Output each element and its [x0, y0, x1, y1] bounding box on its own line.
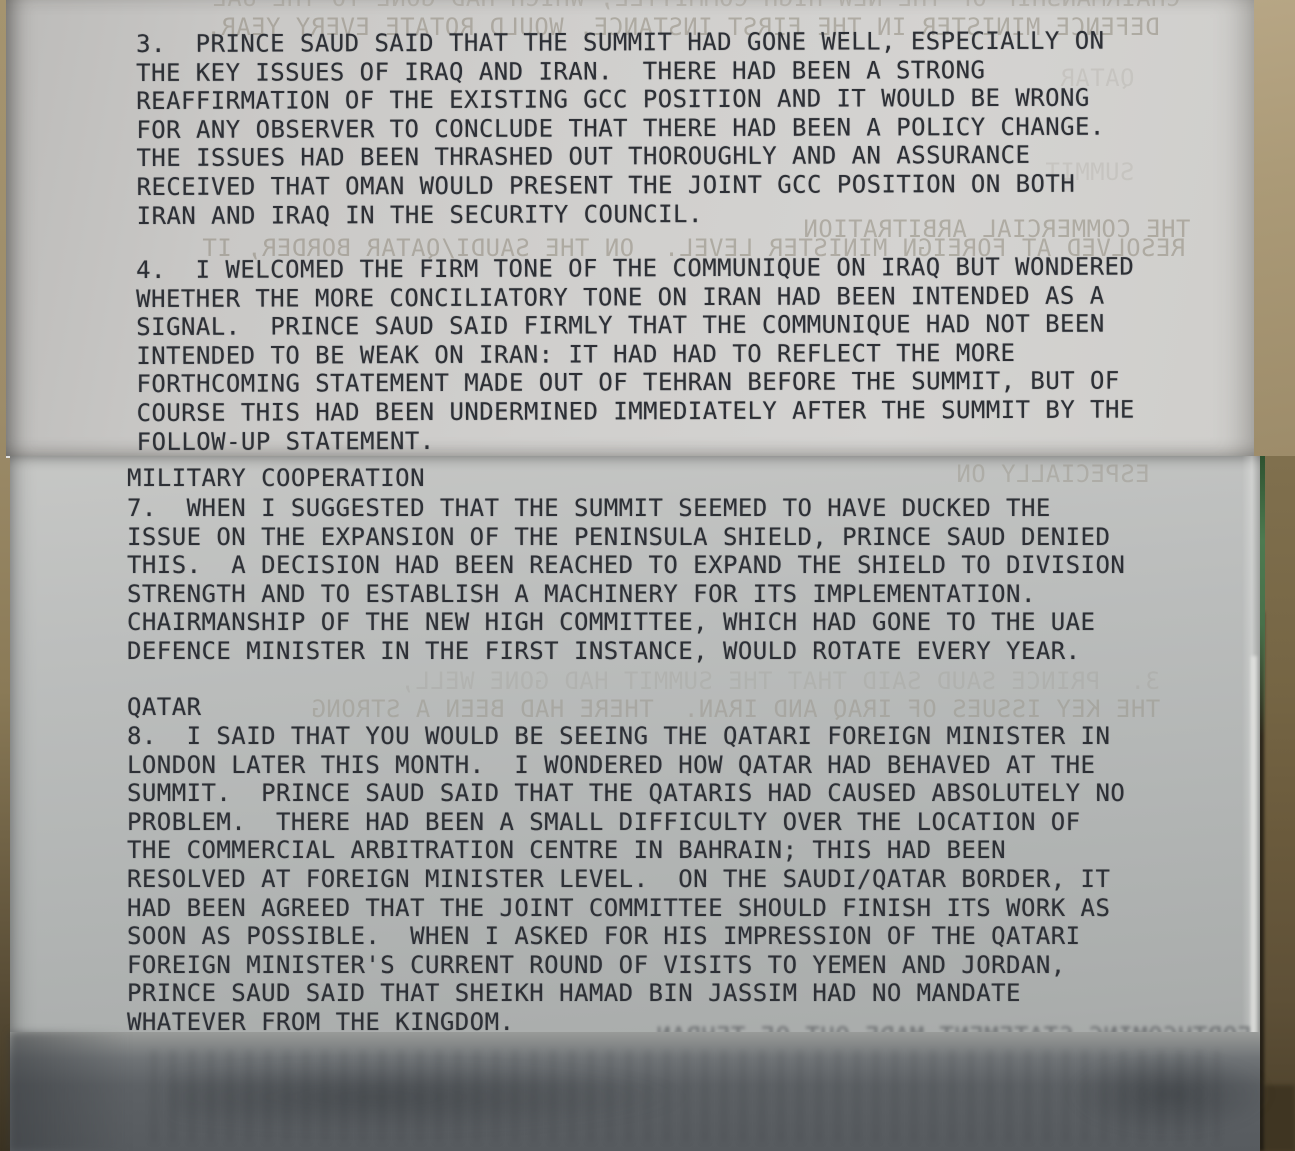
text-line: CHAIRMANSHIP OF THE NEW HIGH COMMITTEE, …: [127, 608, 1125, 637]
text-line: SOON AS POSSIBLE. WHEN I ASKED FOR HIS I…: [127, 922, 1125, 951]
text-line: 4. I WELCOMED THE FIRM TONE OF THE COMMU…: [136, 253, 1134, 285]
scan-strip-top: CHAIRMANSHIP OF THE NEW HIGH COMMITTEE, …: [6, 0, 1254, 458]
section-heading: MILITARY COOPERATION: [127, 464, 425, 493]
text-line: 8. I SAID THAT YOU WOULD BE SEEING THE Q…: [127, 722, 1125, 751]
text-line: SUMMIT. PRINCE SAUD SAID THAT THE QATARI…: [127, 779, 1125, 808]
text-line: DEFENCE MINISTER IN THE FIRST INSTANCE, …: [127, 637, 1125, 666]
text-line: PRINCE SAUD SAID THAT SHEIKH HAMAD BIN J…: [127, 979, 1125, 1008]
scan-strip-bottom: ESPECIALLY ON 3. PRINCE SAUD SAID THAT T…: [10, 456, 1260, 1151]
section-heading-qatar: QATAR: [127, 693, 202, 722]
text-line: FOLLOW-UP STATEMENT.: [137, 424, 1135, 456]
text-line: SIGNAL. PRINCE SAUD SAID FIRMLY THAT THE…: [136, 310, 1134, 342]
bleed-through-text: 3. PRINCE SAUD SAID THAT THE SUMMIT HAD …: [400, 667, 1160, 696]
text-line: IRAN AND IRAQ IN THE SECURITY COUNCIL.: [137, 198, 1106, 230]
text-line: RECEIVED THAT OMAN WOULD PRESENT THE JOI…: [136, 170, 1105, 202]
text-line: 7. WHEN I SUGGESTED THAT THE SUMMIT SEEM…: [127, 494, 1125, 523]
book-cover-right-edge-top: [1248, 0, 1295, 458]
text-line: REAFFIRMATION OF THE EXISTING GCC POSITI…: [136, 84, 1105, 116]
bleed-through-text: ESPECIALLY ON: [956, 460, 1150, 489]
text-line: FOR ANY OBSERVER TO CONCLUDE THAT THERE …: [136, 112, 1105, 144]
text-line: ISSUE ON THE EXPANSION OF THE PENINSULA …: [127, 523, 1125, 552]
text-line: COURSE THIS HAD BEEN UNDERMINED IMMEDIAT…: [136, 395, 1134, 427]
cable-paragraph-8: 8. I SAID THAT YOU WOULD BE SEEING THE Q…: [127, 722, 1125, 1037]
text-line: THE ISSUES HAD BEEN THRASHED OUT THOROUG…: [136, 141, 1105, 173]
blur-smudge: [170, 1062, 690, 1132]
text-line: LONDON LATER THIS MONTH. I WONDERED HOW …: [127, 751, 1125, 780]
text-line: THE COMMERCIAL ARBITRATION CENTRE IN BAH…: [127, 836, 1125, 865]
text-line: 3. PRINCE SAUD SAID THAT THE SUMMIT HAD …: [136, 27, 1105, 59]
cable-paragraph-4: 4. I WELCOMED THE FIRM TONE OF THE COMMU…: [136, 253, 1135, 457]
text-line: STRENGTH AND TO ESTABLISH A MACHINERY FO…: [127, 580, 1125, 609]
text-line: HAD BEEN AGREED THAT THE JOINT COMMITTEE…: [127, 894, 1125, 923]
cable-paragraph-7: 7. WHEN I SUGGESTED THAT THE SUMMIT SEEM…: [127, 494, 1125, 666]
section-heading: QATAR: [127, 693, 202, 722]
blur-smudge: [1070, 1054, 1270, 1134]
text-line: THIS. A DECISION HAD BEEN REACHED TO EXP…: [127, 551, 1125, 580]
bleed-through-text: CHAIRMANSHIP OF THE NEW HIGH COMMITTEE, …: [212, 0, 1180, 13]
text-line: THE KEY ISSUES OF IRAQ AND IRAN. THERE H…: [136, 55, 1105, 87]
bleed-through-text: THE KEY ISSUES OF IRAQ AND IRAN. THERE H…: [311, 695, 1160, 724]
text-line: FORTHCOMING STATEMENT MADE OUT OF TEHRAN…: [136, 367, 1134, 399]
text-line: WHETHER THE MORE CONCILIATORY TONE ON IR…: [136, 281, 1134, 313]
cable-paragraph-3: 3. PRINCE SAUD SAID THAT THE SUMMIT HAD …: [136, 27, 1105, 231]
blur-smudge: [10, 1032, 130, 1151]
scan-blur-band: [10, 1032, 1260, 1151]
text-line: PROBLEM. THERE HAD BEEN A SMALL DIFFICUL…: [127, 808, 1125, 837]
text-line: INTENDED TO BE WEAK ON IRAN: IT HAD HAD …: [136, 338, 1134, 370]
section-heading-military-cooperation: MILITARY COOPERATION: [127, 464, 425, 493]
text-line: RESOLVED AT FOREIGN MINISTER LEVEL. ON T…: [127, 865, 1125, 894]
scanned-cable-page: CHAIRMANSHIP OF THE NEW HIGH COMMITTEE, …: [0, 0, 1295, 1151]
text-line: FOREIGN MINISTER'S CURRENT ROUND OF VISI…: [127, 951, 1125, 980]
